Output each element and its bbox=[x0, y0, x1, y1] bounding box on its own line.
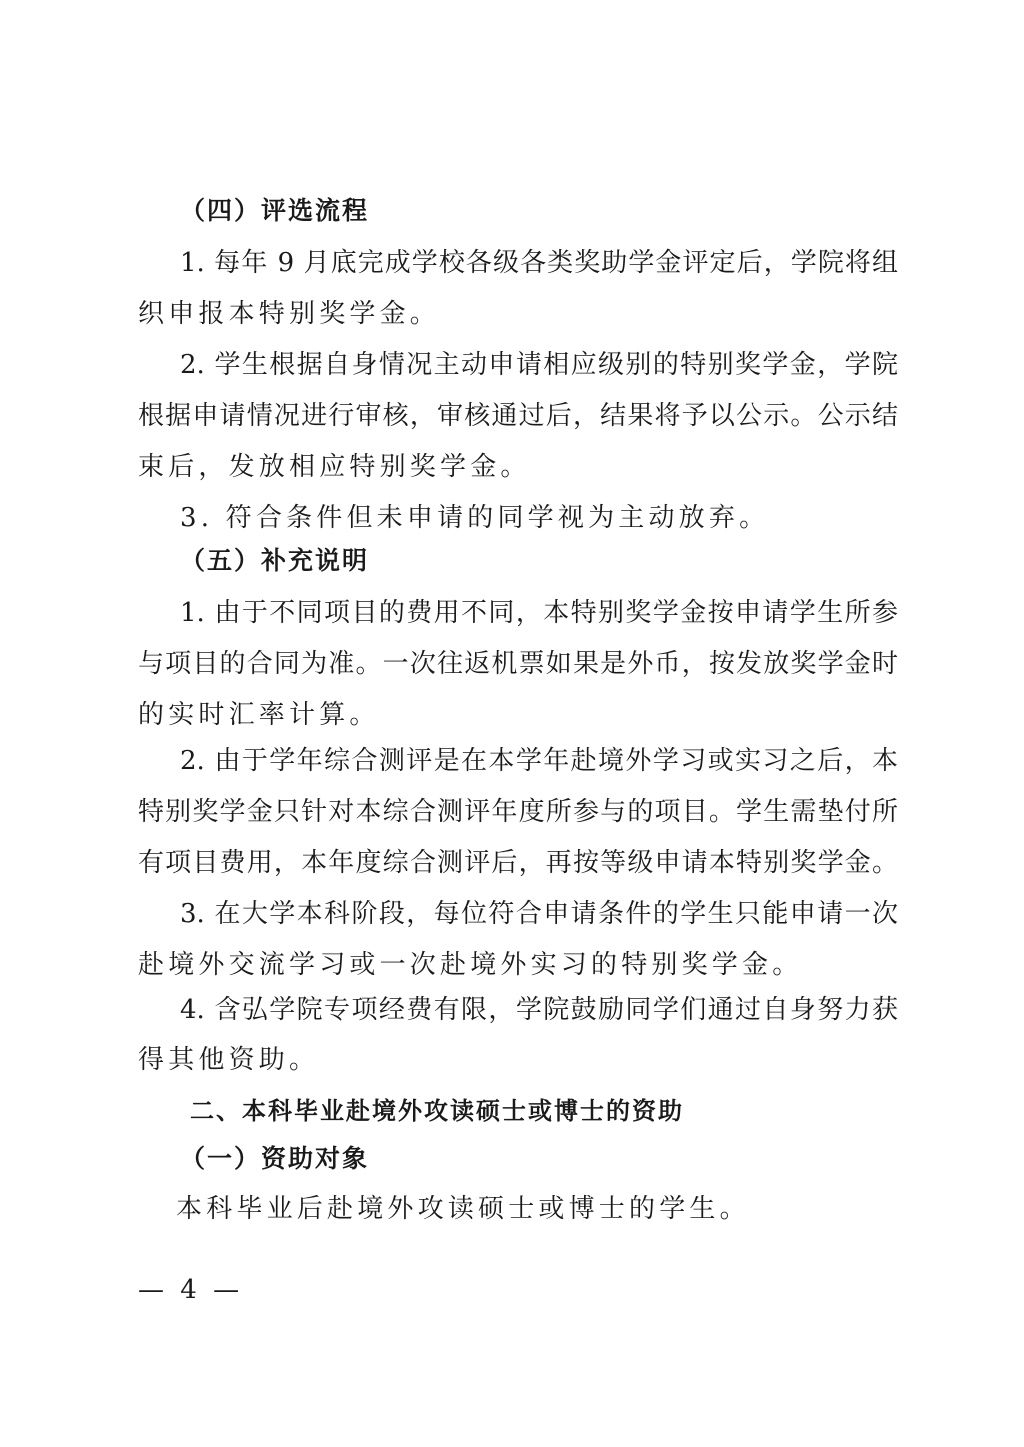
paragraph-line: 特别奖学金只针对本综合测评年度所参与的项目。学生需垫付所 bbox=[138, 797, 898, 827]
paragraph-line: 3. 符合条件但未申请的同学视为主动放弃。 bbox=[180, 503, 940, 533]
paragraph-line: 1. 每年 9 月底完成学校各级各类奖助学金评定后，学院将组 bbox=[180, 248, 898, 278]
paragraph-line: 赴境外交流学习或一次赴境外实习的特别奖学金。 bbox=[138, 950, 898, 980]
section-heading-funding-target: （一）资助对象 bbox=[180, 1144, 940, 1174]
paragraph-line: 4. 含弘学院专项经费有限，学院鼓励同学们通过自身努力获 bbox=[180, 995, 898, 1025]
paragraph-line: 本科毕业后赴境外攻读硕士或博士的学生。 bbox=[176, 1194, 936, 1224]
paragraph-line: 有项目费用，本年度综合测评后，再按等级申请本特别奖学金。 bbox=[138, 848, 898, 878]
paragraph-line: 与项目的合同为准。一次往返机票如果是外币，按发放奖学金时 bbox=[138, 649, 898, 679]
paragraph-line: 得其他资助。 bbox=[138, 1045, 898, 1075]
chapter-heading-overseas-graduate-funding: 二、本科毕业赴境外攻读硕士或博士的资助 bbox=[190, 1096, 950, 1126]
paragraph-line: 2. 学生根据自身情况主动申请相应级别的特别奖学金，学院 bbox=[180, 350, 898, 380]
page-number: — 4 — bbox=[138, 1275, 243, 1305]
section-heading-selection-process: （四）评选流程 bbox=[180, 196, 940, 226]
paragraph-line: 根据申请情况进行审核，审核通过后，结果将予以公示。公示结 bbox=[138, 401, 898, 431]
paragraph-line: 2. 由于学年综合测评是在本学年赴境外学习或实习之后，本 bbox=[180, 746, 898, 776]
paragraph-line: 束后，发放相应特别奖学金。 bbox=[138, 452, 898, 482]
paragraph-line: 织申报本特别奖学金。 bbox=[138, 299, 898, 329]
document-page: （四）评选流程 1. 每年 9 月底完成学校各级各类奖助学金评定后，学院将组 织… bbox=[0, 0, 1024, 1447]
paragraph-line: 3. 在大学本科阶段，每位符合申请条件的学生只能申请一次 bbox=[180, 899, 898, 929]
paragraph-line: 1. 由于不同项目的费用不同，本特别奖学金按申请学生所参 bbox=[180, 598, 898, 628]
section-heading-supplementary-notes: （五）补充说明 bbox=[180, 546, 940, 576]
paragraph-line: 的实时汇率计算。 bbox=[138, 700, 898, 730]
